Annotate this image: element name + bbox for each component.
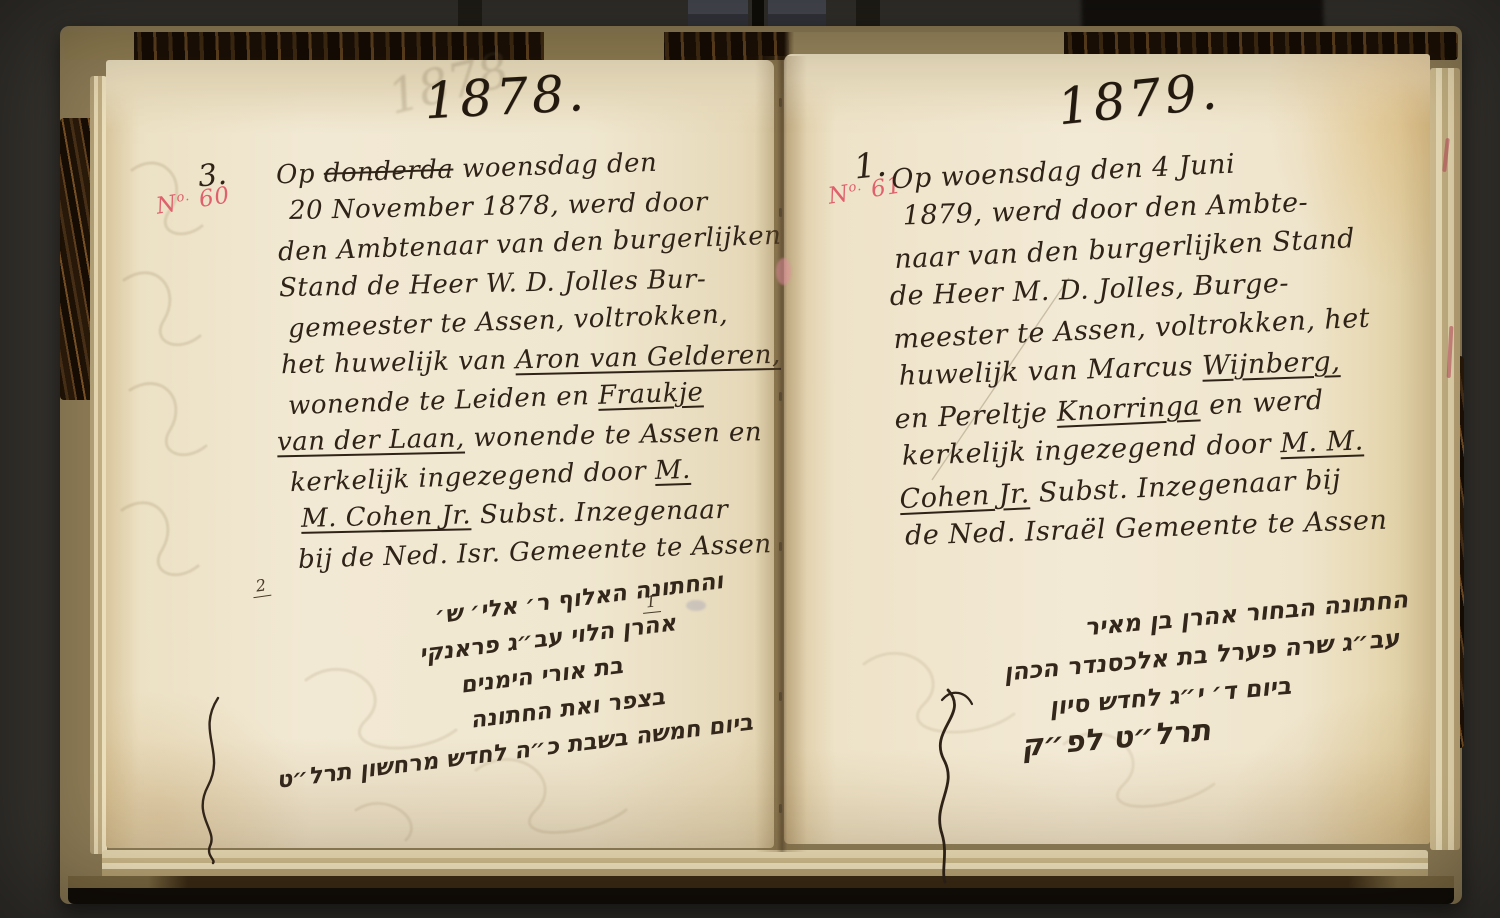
register-book: 1878. 1878. 3. No. 60 Op donderda woensd… [60, 26, 1462, 904]
binding-stitch [779, 692, 782, 701]
photo-stage: 1878. 1878. 3. No. 60 Op donderda woensd… [0, 0, 1500, 918]
binding-stitch [779, 804, 782, 813]
pen-flourish [186, 694, 240, 864]
hebrew-text-block-right: החתונה הבחור אהרן בן מאירעב״ג שרה פערל ב… [809, 580, 1420, 784]
binding-stitch [779, 98, 782, 107]
page-stack-right [1430, 68, 1460, 850]
cover-bottom-shadow [68, 888, 1454, 904]
dutch-text-block-left: Op donderda woensdag den20 November 1878… [276, 141, 792, 578]
page-left: 1878. 1878. 3. No. 60 Op donderda woensd… [106, 60, 774, 848]
signature-flourish [912, 684, 982, 884]
page-stack-bottom [102, 850, 1428, 878]
footnote-mark: 2 [251, 575, 272, 598]
year-heading-right: 1879. [972, 53, 1306, 145]
dutch-text-block-right: Op woensdag den 4 Juni1879, werd door de… [891, 138, 1438, 558]
page-right: 1879. 1. No. 61 Op woensdag den 4 Juni18… [784, 54, 1430, 844]
page-stack-left [90, 76, 107, 854]
